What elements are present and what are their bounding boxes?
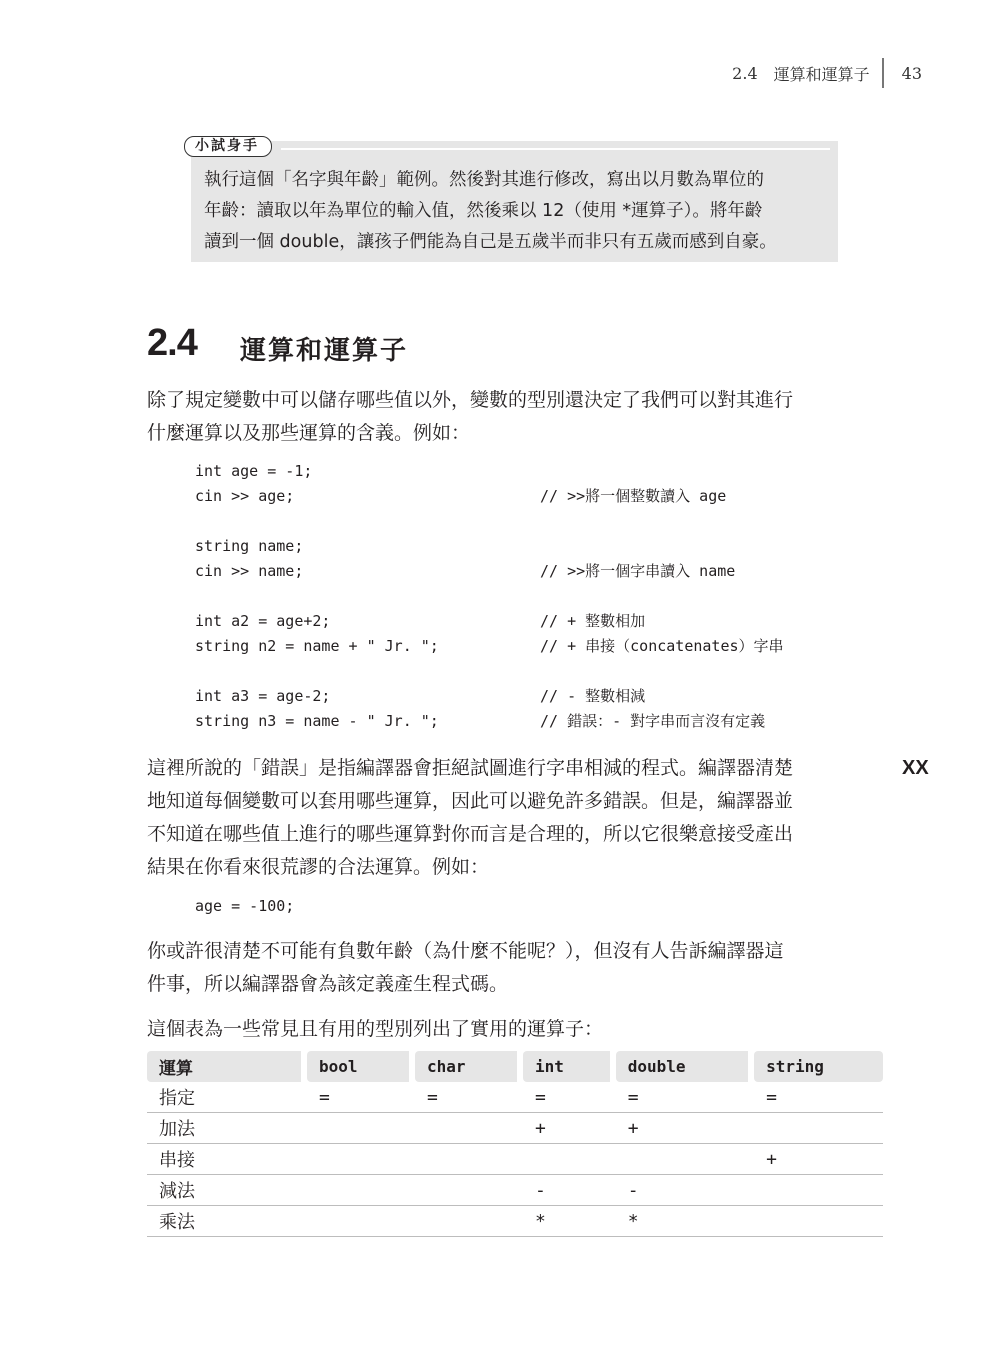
code-comment: // + 整數相加 — [540, 609, 645, 634]
table-cell — [307, 1206, 415, 1237]
try-it-line: 讀到一個 double，讓孩子們能為自己是五歲半而非只有五歲而感到自豪。 — [204, 227, 834, 258]
table-cell: = — [415, 1082, 523, 1113]
table-cell — [754, 1206, 883, 1237]
try-it-top-rule — [281, 148, 830, 150]
code-text: string name; — [195, 537, 303, 555]
table-row: 乘法 * * — [147, 1206, 883, 1237]
running-head: 2.4 運算和運算子 43 — [732, 58, 922, 88]
code-line: string name; — [195, 534, 439, 559]
table-cell — [616, 1144, 754, 1175]
table-cell: = — [754, 1082, 883, 1113]
code-text: string n2 = name + " Jr. "; — [195, 637, 439, 655]
code-comment: // - 整數相減 — [540, 684, 645, 709]
code-text: cin >> age; — [195, 487, 294, 505]
code-line: string n3 = name - " Jr. ";// 錯誤：- 對字串而言… — [195, 709, 439, 734]
paragraph-line: 你或許很清楚不可能有負數年齡（為什麼不能呢？），但沒有人告訴編譯器這 — [147, 935, 887, 968]
code-block-2: age = -100; — [195, 894, 294, 919]
code-line — [195, 659, 439, 684]
try-it-label: 小試身手 — [184, 136, 272, 157]
code-text: cin >> name; — [195, 562, 303, 580]
table-cell — [307, 1113, 415, 1144]
paragraph-line: 這個表為一些常見且有用的型別列出了實用的運算子： — [147, 1013, 887, 1046]
code-comment: // >>將一個整數讀入 age — [540, 484, 726, 509]
running-head-section-number: 2.4 — [732, 64, 757, 83]
table-cell — [415, 1144, 523, 1175]
section-number: 2.4 — [147, 322, 197, 365]
running-head-divider — [882, 58, 884, 88]
section-title: 運算和運算子 — [240, 330, 408, 367]
table-cell — [415, 1206, 523, 1237]
code-text: int a2 = age+2; — [195, 612, 330, 630]
operators-table: 運算 bool char int double string 指定 = = = … — [147, 1051, 883, 1237]
table-cell — [754, 1113, 883, 1144]
code-text: int age = -1; — [195, 462, 312, 480]
try-it-text: 執行這個「名字與年齡」範例。然後對其進行修改，寫出以月數為單位的 年齡：讀取以年… — [204, 165, 834, 258]
code-text: string n3 = name - " Jr. "; — [195, 712, 439, 730]
paragraph-line: 這裡所說的「錯誤」是指編譯器會拒絕試圖進行字串相減的程式。編譯器清楚 — [147, 752, 887, 785]
page-number: 43 — [902, 64, 922, 83]
header-bool: bool — [307, 1051, 415, 1082]
paragraph-line: 結果在你看來很荒謬的合法運算。例如： — [147, 851, 887, 884]
table-cell: 減法 — [147, 1175, 307, 1206]
table-cell — [307, 1144, 415, 1175]
header-string: string — [754, 1051, 883, 1082]
intro-paragraph: 除了規定變數中可以儲存哪些值以外，變數的型別還決定了我們可以對其進行 什麼運算以… — [147, 384, 887, 450]
table-cell: = — [307, 1082, 415, 1113]
margin-note: XX — [902, 757, 929, 780]
code-line: string n2 = name + " Jr. ";// + 串接（conca… — [195, 634, 439, 659]
code-line: int age = -1; — [195, 459, 439, 484]
table-cell: - — [523, 1175, 616, 1206]
table-row: 減法 - - — [147, 1175, 883, 1206]
paragraph-2: 這裡所說的「錯誤」是指編譯器會拒絕試圖進行字串相減的程式。編譯器清楚 地知道每個… — [147, 752, 887, 884]
code-line: cin >> age;// >>將一個整數讀入 age — [195, 484, 439, 509]
table-cell — [754, 1175, 883, 1206]
table-cell: * — [616, 1206, 754, 1237]
table-cell: 串接 — [147, 1144, 307, 1175]
table-row: 指定 = = = = = — [147, 1082, 883, 1113]
code-block-1: int age = -1; cin >> age;// >>將一個整數讀入 ag… — [195, 459, 439, 734]
table-cell — [415, 1113, 523, 1144]
code-line: cin >> name;// >>將一個字串讀入 name — [195, 559, 439, 584]
code-comment: // 錯誤：- 對字串而言沒有定義 — [540, 709, 765, 734]
paragraph-line: 不知道在哪些值上進行的哪些運算對你而言是合理的，所以它很樂意接受產出 — [147, 818, 887, 851]
header-int: int — [523, 1051, 616, 1082]
header-double: double — [616, 1051, 754, 1082]
try-it-line: 執行這個「名字與年齡」範例。然後對其進行修改，寫出以月數為單位的 — [204, 165, 834, 196]
code-comment: // >>將一個字串讀入 name — [540, 559, 735, 584]
table-cell: 加法 — [147, 1113, 307, 1144]
paragraph-line: 什麼運算以及那些運算的含義。例如： — [147, 417, 887, 450]
code-line: int a3 = age-2;// - 整數相減 — [195, 684, 439, 709]
code-line: int a2 = age+2;// + 整數相加 — [195, 609, 439, 634]
code-line — [195, 509, 439, 534]
table-cell: - — [616, 1175, 754, 1206]
code-line — [195, 584, 439, 609]
table-header-row: 運算 bool char int double string — [147, 1051, 883, 1082]
table-cell: + — [754, 1144, 883, 1175]
code-comment: // + 串接（concatenates）字串 — [540, 634, 784, 659]
try-it-line-2: 年齡：讀取以年為單位的輸入值，然後乘以 12（使用 *運算子）。將年齡 — [204, 201, 762, 221]
table-cell — [523, 1144, 616, 1175]
table-cell: * — [523, 1206, 616, 1237]
paragraph-line: 除了規定變數中可以儲存哪些值以外，變數的型別還決定了我們可以對其進行 — [147, 384, 887, 417]
table-cell: = — [523, 1082, 616, 1113]
table-cell: + — [523, 1113, 616, 1144]
paragraph-3: 你或許很清楚不可能有負數年齡（為什麼不能呢？），但沒有人告訴編譯器這 件事，所以… — [147, 935, 887, 1001]
table-cell — [307, 1175, 415, 1206]
table-cell: 乘法 — [147, 1206, 307, 1237]
table-cell — [415, 1175, 523, 1206]
paragraph-line: 件事，所以編譯器會為該定義產生程式碼。 — [147, 968, 887, 1001]
paragraph-4: 這個表為一些常見且有用的型別列出了實用的運算子： — [147, 1013, 887, 1046]
code-text: int a3 = age-2; — [195, 687, 330, 705]
running-head-section-title: 運算和運算子 — [774, 62, 870, 85]
table-row: 加法 + + — [147, 1113, 883, 1144]
header-char: char — [415, 1051, 523, 1082]
code-line: age = -100; — [195, 894, 294, 919]
table-cell: + — [616, 1113, 754, 1144]
table-cell: = — [616, 1082, 754, 1113]
header-operation: 運算 — [147, 1051, 307, 1082]
table-row: 串接 + — [147, 1144, 883, 1175]
try-it-line: 年齡：讀取以年為單位的輸入值，然後乘以 12（使用 *運算子）。將年齡 — [204, 196, 834, 227]
table-cell: 指定 — [147, 1082, 307, 1113]
paragraph-line: 地知道每個變數可以套用哪些運算，因此可以避免許多錯誤。但是，編譯器並 — [147, 785, 887, 818]
